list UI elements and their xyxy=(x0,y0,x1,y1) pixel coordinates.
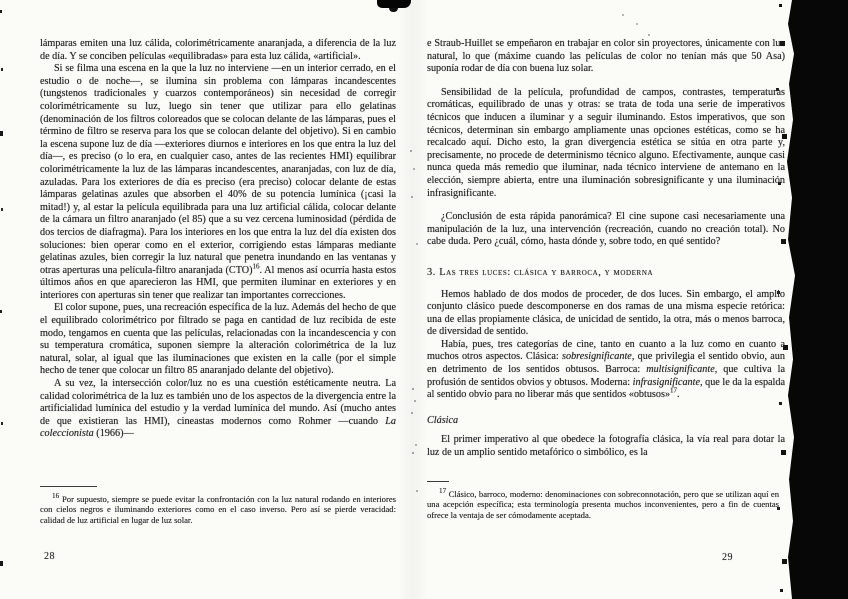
section-heading: Clásica xyxy=(427,415,785,428)
footnote-text: 16 Por supuesto, siempre se puede evitar… xyxy=(40,491,396,525)
paragraph: El color supone, pues, una recreación es… xyxy=(40,302,396,378)
text-run: Clásica xyxy=(427,415,458,426)
paragraph: Hemos hablado de dos modos de proceder, … xyxy=(427,289,785,339)
right-page-text: e Straub-Huillet se empeñaron en trabaja… xyxy=(427,38,785,479)
footnote-rule xyxy=(427,481,449,482)
text-run: A su vez, la intersección color/luz no e… xyxy=(40,378,396,427)
scan-edge-specks xyxy=(779,4,782,7)
scan-scratches xyxy=(622,14,624,16)
footnote-marker: 16 xyxy=(52,492,59,500)
left-page-text: lámparas emiten una luz cálida, colorimé… xyxy=(40,38,396,483)
text-run: ¿Conclusión de esta rápida panorámica? E… xyxy=(427,211,785,247)
footnote-body: Por supuesto, siempre se puede evitar la… xyxy=(40,494,396,525)
left-page-footnote: 16 Por supuesto, siempre se puede evitar… xyxy=(40,486,396,525)
text-run: 17 xyxy=(670,387,677,395)
text-run: . xyxy=(677,389,680,400)
text-run: sobresignificante xyxy=(562,351,632,362)
footnote-rule xyxy=(40,486,97,487)
text-run: e Straub-Huillet se empeñaron en trabaja… xyxy=(427,38,785,74)
scan-gutter-blob xyxy=(377,0,411,8)
text-run: Si se filma una escena en la que la luz … xyxy=(40,63,396,276)
text-run: infrasignificante xyxy=(633,377,700,388)
paragraph: ¿Conclusión de esta rápida panorámica? E… xyxy=(427,211,785,249)
text-run: Hemos hablado de dos modos de proceder, … xyxy=(427,289,785,338)
text-run: 3. Las tres luces: clásica y barroca, y … xyxy=(427,267,653,278)
paragraph: Si se filma una escena en la que la luz … xyxy=(40,63,396,302)
text-run: multisignificante xyxy=(646,364,714,375)
footnote-body: Clásico, barroco, moderno: denominacione… xyxy=(427,489,779,520)
paragraph: A su vez, la intersección color/luz no e… xyxy=(40,378,396,441)
paragraph: e Straub-Huillet se empeñaron en trabaja… xyxy=(427,38,785,76)
text-run: El primer imperativo al que obedece la f… xyxy=(427,434,785,458)
scan-gutter-specks xyxy=(410,150,412,152)
text-run: lámparas emiten una luz cálida, colorimé… xyxy=(40,38,396,62)
paragraph: lámparas emiten una luz cálida, colorimé… xyxy=(40,38,396,63)
paragraph: Sensibilidad de la película, profundidad… xyxy=(427,87,785,200)
section-heading: 3. Las tres luces: clásica y barroca, y … xyxy=(427,267,785,280)
scan-gutter-blob-small xyxy=(389,8,398,12)
page-number-left: 28 xyxy=(44,551,55,562)
right-page-footnote: 17 Clásico, barroco, moderno: denominaci… xyxy=(427,481,779,520)
page-number-right: 29 xyxy=(722,552,733,563)
text-run: (1966)— xyxy=(94,428,134,439)
text-run: El color supone, pues, una recreación es… xyxy=(40,302,396,376)
paragraph: Había, pues, tres categorías de cine, ta… xyxy=(427,339,785,402)
scan-left-edge-specks xyxy=(0,10,2,13)
paragraph: El primer imperativo al que obedece la f… xyxy=(427,434,785,459)
footnote-text: 17 Clásico, barroco, moderno: denominaci… xyxy=(427,486,779,520)
footnote-marker: 17 xyxy=(439,487,446,495)
scan-edge-band xyxy=(786,0,848,599)
book-scan: { "left_page": { "page_number": "28", "p… xyxy=(0,0,848,599)
text-run: Sensibilidad de la película, profundidad… xyxy=(427,87,785,199)
gutter-shadow xyxy=(398,0,428,599)
